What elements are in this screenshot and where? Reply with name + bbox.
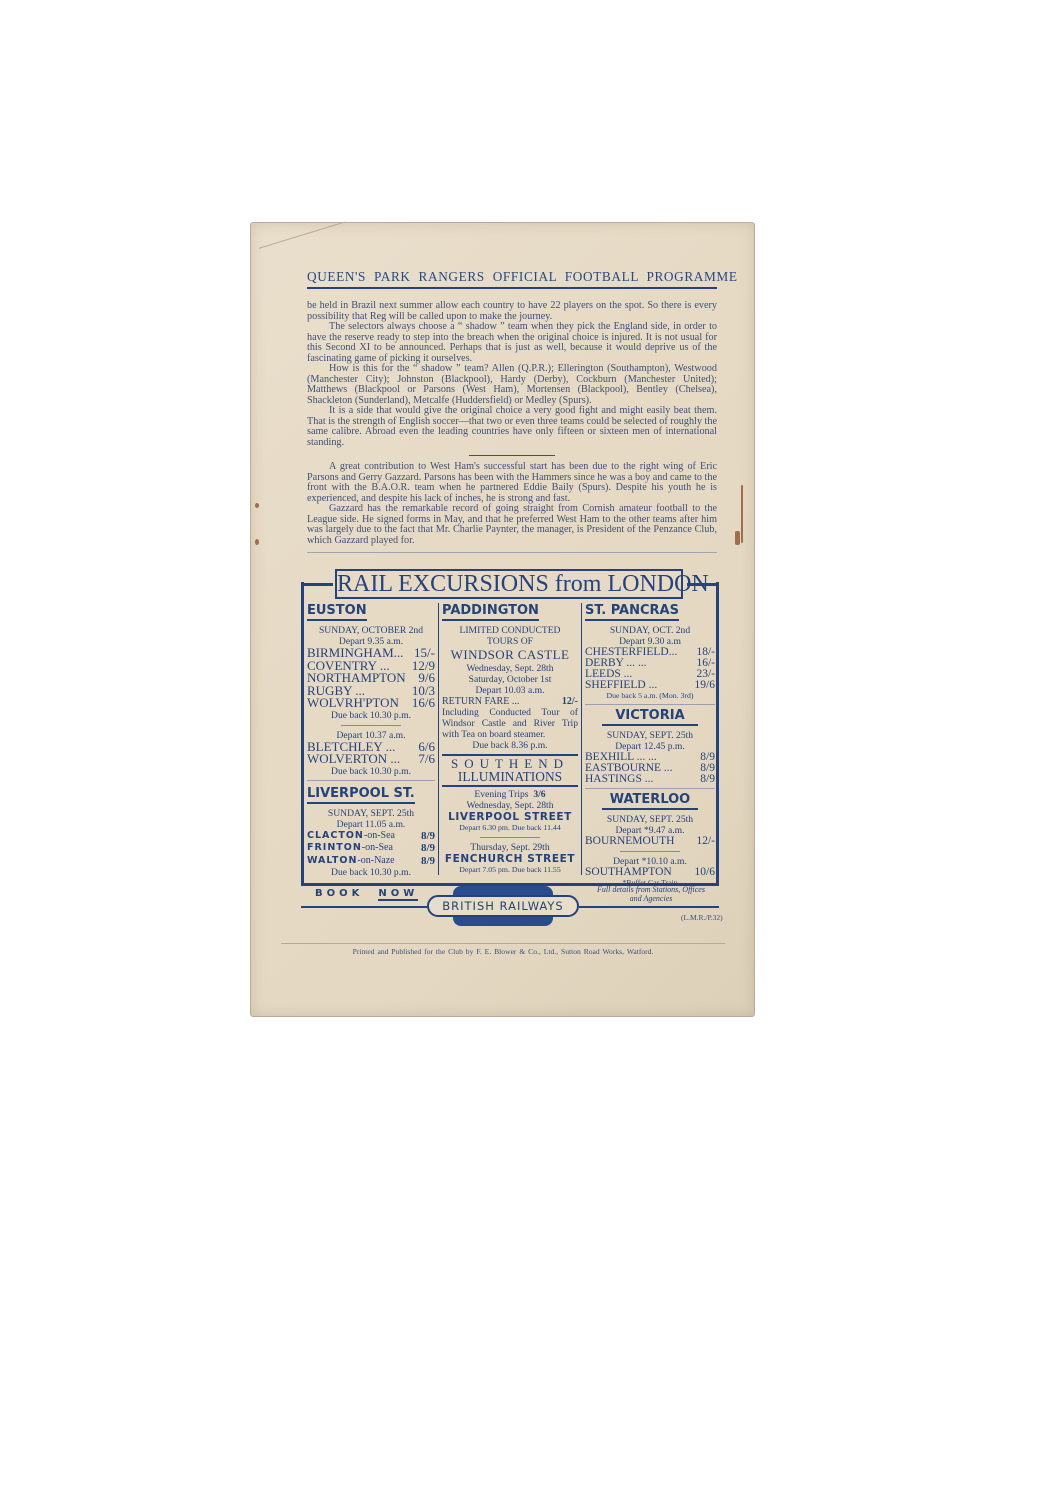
trip-date: Wednesday, Sept. 28th bbox=[442, 800, 578, 811]
excursion-date: SUNDAY, OCT. 2nd bbox=[585, 625, 715, 636]
article-body: be held in Brazil next summer allow each… bbox=[307, 301, 717, 553]
article-paragraph: The selectors always choose a “ shadow ”… bbox=[307, 322, 717, 364]
station-heading: WATERLOO bbox=[602, 792, 698, 810]
divider bbox=[620, 851, 680, 852]
excursion-date: SUNDAY, SEPT. 25th bbox=[585, 730, 715, 741]
due-back: Due back 10.30 p.m. bbox=[307, 766, 435, 777]
article-paragraph: be held in Brazil next summer allow each… bbox=[307, 301, 717, 322]
paper-crease bbox=[259, 222, 345, 249]
advert-frame-line bbox=[301, 583, 333, 586]
paddington-column: PADDINGTON LIMITED CONDUCTED TOURS OF WI… bbox=[442, 601, 578, 875]
fare-price: 8/9 bbox=[421, 830, 435, 843]
programme-page: QUEEN'S PARK RANGERS OFFICIAL FOOTBALL P… bbox=[250, 222, 755, 1017]
book-word: BOOK bbox=[315, 888, 363, 899]
british-railways-logo: BRITISH RAILWAYS bbox=[427, 886, 579, 926]
fare-destination: WOLVRH'PTON bbox=[307, 697, 399, 710]
fare-row: SHEFFIELD ...19/6 bbox=[585, 680, 715, 691]
station-heading: LIVERPOOL ST. bbox=[307, 786, 415, 804]
station-heading: EUSTON bbox=[307, 603, 367, 621]
fare-row: WOLVRH'PTON16/6 bbox=[307, 697, 435, 710]
fare-price: 19/6 bbox=[695, 680, 715, 691]
trip-times: Depart 7.05 pm. Due back 11.55 bbox=[442, 865, 578, 875]
euston-column: EUSTON SUNDAY, OCTOBER 2nd Depart 9.35 a… bbox=[307, 601, 435, 878]
tour-includes: Including Conducted Tour of Windsor Cast… bbox=[442, 707, 578, 740]
excursion-date: SUNDAY, OCTOBER 2nd bbox=[307, 625, 435, 636]
advert-frame-line bbox=[579, 906, 719, 908]
trip-times: Depart 6.30 pm. Due back 11.44 bbox=[442, 823, 578, 833]
advert-frame-line bbox=[301, 906, 427, 908]
fare-destination: SOUTHAMPTON bbox=[585, 867, 672, 878]
fare-price: 7/6 bbox=[418, 753, 435, 766]
fare-price: 8/9 bbox=[421, 842, 435, 855]
station-heading: VICTORIA bbox=[602, 708, 698, 726]
fare-row: WOLVERTON ...7/6 bbox=[307, 753, 435, 766]
programme-header: QUEEN'S PARK RANGERS OFFICIAL FOOTBALL P… bbox=[307, 269, 717, 289]
departure-station: LIVERPOOL STREET bbox=[442, 811, 578, 823]
departure-station: FENCHURCH STREET bbox=[442, 853, 578, 865]
logo-text: BRITISH RAILWAYS bbox=[427, 895, 579, 917]
tour-date: Saturday, October 1st bbox=[442, 674, 578, 685]
fare-price: 3/6 bbox=[533, 789, 545, 800]
divider bbox=[585, 704, 715, 705]
fare-destination: WOLVERTON ... bbox=[307, 753, 400, 766]
stain-mark bbox=[255, 539, 259, 545]
due-back: Due back 8.36 p.m. bbox=[442, 740, 578, 751]
fare-destination: SHEFFIELD ... bbox=[585, 680, 657, 691]
excursion-date: SUNDAY, SEPT. 25th bbox=[307, 808, 435, 819]
tour-title: TOURS OF bbox=[442, 636, 578, 647]
evening-trips: Evening Trips 3/6 bbox=[442, 789, 578, 800]
stain-mark bbox=[255, 503, 259, 508]
fare-row: SOUTHAMPTON10/6 bbox=[585, 867, 715, 878]
fare-row: HASTINGS ...8/9 bbox=[585, 774, 715, 785]
fare-row: WALTON-on-Naze8/9 bbox=[307, 855, 435, 868]
fare-price: 12/- bbox=[562, 696, 578, 707]
fare-destination: CLACTON-on-Sea bbox=[307, 830, 395, 843]
section-divider bbox=[307, 552, 717, 553]
fare-label: RETURN FARE ... bbox=[442, 696, 519, 707]
full-details-note: Full details from Stations, Offices and … bbox=[591, 885, 711, 903]
southend-title: SOUTHEND bbox=[442, 754, 578, 770]
due-back: Due back 10.30 p.m. bbox=[307, 710, 435, 721]
section-divider bbox=[469, 455, 555, 456]
due-back: Due back 5 a.m. (Mon. 3rd) bbox=[585, 691, 715, 701]
divider bbox=[341, 725, 401, 726]
article-paragraph: How is this for the “ shadow ” team? All… bbox=[307, 364, 717, 406]
st-pancras-column: ST. PANCRAS SUNDAY, OCT. 2nd Depart 9.30… bbox=[585, 601, 715, 888]
divider bbox=[585, 788, 715, 789]
fare-destination: WALTON-on-Naze bbox=[307, 855, 395, 868]
article-paragraph: A great contribution to West Ham's succe… bbox=[307, 462, 717, 504]
fare-price: 8/9 bbox=[421, 855, 435, 868]
depart-time: Depart 11.05 a.m. bbox=[307, 819, 435, 830]
fare-destination: BOURNEMOUTH bbox=[585, 836, 674, 847]
column-divider bbox=[438, 603, 439, 875]
fare-destination: FRINTON-on-Sea bbox=[307, 842, 393, 855]
station-heading: ST. PANCRAS bbox=[585, 603, 679, 621]
tour-title: WINDSOR CASTLE bbox=[442, 647, 578, 663]
excursion-date: SUNDAY, SEPT. 25th bbox=[585, 814, 715, 825]
fare-row: BOURNEMOUTH12/- bbox=[585, 836, 715, 847]
advert-title: RAIL EXCURSIONS from LONDON bbox=[335, 569, 683, 599]
due-back: Due back 10.30 p.m. bbox=[307, 867, 435, 878]
tour-date: Wednesday, Sept. 28th bbox=[442, 663, 578, 674]
southend-title: ILLUMINATIONS bbox=[442, 770, 578, 787]
article-paragraph: It is a side that would give the origina… bbox=[307, 406, 717, 448]
fare-price: 8/9 bbox=[700, 774, 715, 785]
trip-date: Thursday, Sept. 29th bbox=[442, 842, 578, 853]
tour-title: LIMITED CONDUCTED bbox=[442, 625, 578, 636]
fare-destination: HASTINGS ... bbox=[585, 774, 653, 785]
footer-rule bbox=[281, 943, 725, 944]
fare-row: FRINTON-on-Sea8/9 bbox=[307, 842, 435, 855]
label: Evening Trips bbox=[474, 789, 528, 800]
stain-mark bbox=[741, 485, 743, 543]
stain-mark bbox=[735, 531, 740, 545]
fare-price: 10/6 bbox=[695, 867, 715, 878]
fare-price: 16/6 bbox=[412, 697, 435, 710]
return-fare: RETURN FARE ... 12/- bbox=[442, 696, 578, 707]
printer-imprint: Printed and Published for the Club by F.… bbox=[281, 947, 725, 956]
reference-code: (L.M.R./P.32) bbox=[681, 913, 723, 922]
divider bbox=[480, 837, 540, 838]
depart-time: Depart 10.03 a.m. bbox=[442, 685, 578, 696]
now-word: NOW bbox=[378, 888, 418, 901]
fare-row: CLACTON-on-Sea8/9 bbox=[307, 830, 435, 843]
column-divider bbox=[581, 603, 582, 875]
fare-price: 12/- bbox=[696, 836, 715, 847]
book-now-text: BOOK NOW bbox=[315, 888, 418, 899]
article-paragraph: Gazzard has the remarkable record of goi… bbox=[307, 504, 717, 546]
station-heading: PADDINGTON bbox=[442, 603, 539, 621]
divider bbox=[307, 780, 435, 781]
